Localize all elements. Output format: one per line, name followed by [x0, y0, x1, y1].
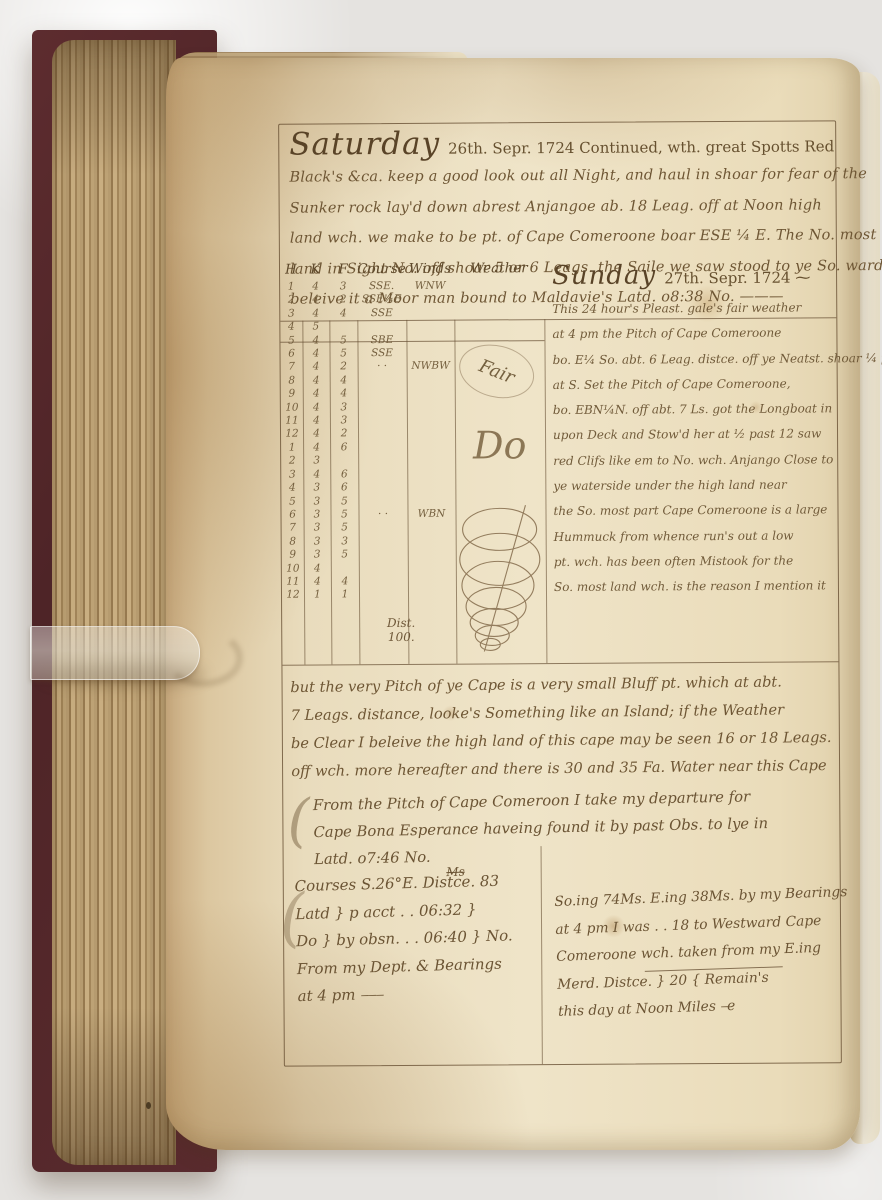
log-cell-f: 3 — [330, 414, 358, 428]
log-cell-h: 6 — [281, 508, 303, 522]
log-cell-f: 6 — [330, 481, 358, 495]
distance-note: Dist. 100. — [366, 616, 436, 644]
log-cell-course — [359, 548, 408, 562]
log-cell-course — [358, 481, 407, 495]
table-row: 23 — [281, 454, 455, 468]
log-cell-winds — [408, 575, 456, 589]
log-cell-winds — [408, 534, 456, 548]
log-cell-k: 3 — [303, 481, 330, 495]
log-cell-f: 3 — [330, 401, 358, 415]
log-cell-h: 7 — [282, 522, 304, 536]
log-cell-h: 8 — [282, 535, 304, 549]
log-cell-f — [329, 320, 357, 334]
log-cell-course — [359, 521, 408, 535]
table-row: 242SSE¼E — [280, 293, 454, 307]
log-cell-h: 3 — [280, 307, 302, 321]
log-cell-k: 4 — [302, 347, 329, 361]
table-row: 344SSE — [280, 306, 454, 320]
departure-note: ( From the Pitch of Cape Comeroon I take… — [313, 782, 835, 873]
table-bottom-line — [282, 661, 838, 665]
log-cell-f: 2 — [330, 361, 358, 375]
log-cell-course — [358, 454, 407, 468]
log-cell-k: 5 — [302, 321, 329, 335]
log-cell-f: 2 — [329, 294, 357, 308]
column-header-winds: Winds — [406, 260, 454, 276]
log-cell-k: 4 — [304, 562, 331, 576]
log-cell-winds: NWBW — [407, 360, 455, 374]
table-row: 436 — [281, 481, 455, 495]
text-line: Hummuck from whence run's out a low — [554, 523, 840, 550]
text-line: land wch. we make to be pt. of Cape Come… — [290, 220, 832, 254]
log-cell-winds — [407, 400, 455, 414]
column-header-course: Course — [357, 260, 406, 276]
log-cell-f: 5 — [329, 347, 357, 361]
log-cell-winds — [406, 293, 454, 307]
departure-text: From the Pitch of Cape Comeroon I take m… — [313, 782, 835, 873]
log-cell-course: · · — [358, 508, 407, 522]
log-cell-winds — [408, 588, 456, 602]
log-cell-k: 4 — [303, 468, 330, 482]
log-cell-course — [358, 401, 407, 415]
log-table-headers: H K F Course Winds Weather — [280, 257, 544, 280]
log-cell-winds — [407, 454, 455, 468]
log-cell-winds — [407, 481, 455, 495]
bearings-summary: So.ing 74Ms. E.ing 38Ms. by my Bearingsa… — [554, 879, 839, 1026]
sunday-title: Sunday27th. Sepr. 1724 ⁓ — [552, 259, 838, 291]
log-cell-k: 3 — [304, 549, 331, 563]
manuscript-page: Saturday26th. Sepr. 1724 Continued, wth.… — [166, 58, 860, 1150]
log-cell-course: SSE — [357, 307, 406, 321]
log-cell-course: SSE¼E — [357, 293, 406, 307]
log-cell-winds — [407, 441, 455, 455]
table-row: 833 — [282, 534, 456, 548]
log-cell-f: 3 — [331, 535, 359, 549]
log-cell-k: 4 — [302, 334, 329, 348]
sunday-entry: Sunday27th. Sepr. 1724 ⁓ This 24 hour's … — [552, 259, 840, 600]
text-line: the So. most part Cape Comeroone is a la… — [553, 498, 839, 525]
clear-strap — [30, 626, 200, 680]
log-cell-winds — [407, 373, 455, 387]
log-cell-winds — [408, 521, 456, 535]
log-cell-course: SSE. — [357, 280, 406, 294]
log-cell-f: 4 — [331, 575, 359, 589]
cape-note: but the very Pitch of ye Cape is a very … — [290, 668, 837, 786]
log-cell-f — [331, 562, 359, 576]
ink-frame: Saturday26th. Sepr. 1724 Continued, wth.… — [278, 120, 842, 1066]
log-cell-winds — [407, 467, 455, 481]
log-cell-winds — [406, 347, 454, 361]
text-line: So. most land wch. is the reason I menti… — [554, 574, 840, 601]
text-line: Sunker rock lay'd down abrest Anjangoe a… — [290, 190, 832, 224]
table-row: 944 — [281, 387, 455, 401]
log-cell-winds — [406, 306, 454, 320]
log-cell-winds — [408, 561, 456, 575]
ink-fleck — [146, 1102, 151, 1109]
log-cell-h: 7 — [281, 361, 303, 375]
log-cell-h: 6 — [280, 348, 302, 362]
sunday-text: This 24 hour's Pleast. gale's fair weath… — [552, 295, 840, 600]
log-cell-k: 3 — [304, 535, 331, 549]
table-row: 1144 — [282, 575, 456, 589]
log-cell-winds — [408, 548, 456, 562]
log-cell-winds — [407, 414, 455, 428]
table-row: 143SSE.WNW — [280, 280, 454, 294]
log-cell-course — [358, 427, 407, 441]
log-cell-k: 4 — [302, 294, 329, 308]
log-cell-h: 10 — [282, 562, 304, 576]
table-row: 844 — [281, 373, 455, 387]
log-cell-course — [358, 494, 407, 508]
log-cell-course — [358, 441, 407, 455]
courses-summary: ( Ms Courses S.26°E. Distce. 83Latd } p … — [294, 867, 544, 1011]
log-cell-k: 3 — [304, 522, 331, 536]
log-cell-h: 11 — [282, 576, 304, 590]
log-cell-course — [359, 588, 408, 602]
text-line: at 4 pm ⎯⎯⎯ — [297, 977, 544, 1011]
log-cell-k: 3 — [303, 495, 330, 509]
log-cell-f: 4 — [329, 307, 357, 321]
log-cell-winds — [407, 427, 455, 441]
log-cell-course — [357, 320, 406, 334]
log-cell-winds: WBN — [407, 508, 455, 522]
log-cell-f: 5 — [331, 522, 359, 536]
log-cell-f: 4 — [330, 387, 358, 401]
log-cell-h: 1 — [280, 281, 302, 295]
text-line: pt. wch. has been often Mistook for the — [554, 548, 840, 575]
log-cell-k: 4 — [302, 280, 329, 294]
log-cell-course — [359, 535, 408, 549]
flourish-mark: ( — [287, 786, 311, 854]
weather-fair-mark: Fair — [454, 337, 540, 405]
text-line: red Clifs like em to No. wch. Anjango Cl… — [553, 447, 839, 474]
text-line: at S. Set the Pitch of Cape Comeroone, — [553, 371, 839, 398]
log-cell-f: 6 — [330, 468, 358, 482]
log-cell-k: 4 — [303, 374, 330, 388]
text-line: ye waterside under the high land near — [553, 472, 839, 499]
distance-value: 100. — [366, 630, 436, 644]
log-cell-winds — [407, 387, 455, 401]
log-cell-h: 2 — [281, 455, 303, 469]
log-cell-k: 4 — [303, 388, 330, 402]
log-cell-k: 4 — [303, 441, 330, 455]
column-header-knots: K — [302, 261, 329, 277]
log-cell-f: 4 — [330, 374, 358, 388]
log-cell-f: 6 — [330, 441, 358, 455]
log-cell-k: 4 — [302, 307, 329, 321]
miles-superscript: Ms — [446, 865, 465, 879]
log-cell-h: 8 — [281, 374, 303, 388]
table-row: 1242 — [281, 427, 455, 441]
flourish-mark: ( — [279, 881, 306, 956]
log-cell-k: 4 — [303, 401, 330, 415]
log-cell-f: 5 — [331, 548, 359, 562]
table-row: 1043 — [281, 400, 455, 414]
log-cell-h: 12 — [282, 589, 304, 603]
log-cell-course: SSE — [357, 347, 406, 361]
page-stack-edge — [52, 40, 176, 1165]
log-cell-course: · · — [358, 360, 407, 374]
log-cell-k: 4 — [303, 361, 330, 375]
day-name: Saturday — [289, 126, 440, 163]
table-row: 735 — [282, 521, 456, 535]
log-cell-k: 3 — [303, 508, 330, 522]
courses-text: Courses S.26°E. Distce. 83Latd } p acct … — [294, 867, 544, 1011]
log-cell-f: 3 — [329, 280, 357, 294]
log-cell-h: 3 — [281, 468, 303, 482]
saturday-title: Saturday26th. Sepr. 1724 Continued, wth.… — [289, 123, 831, 162]
log-cell-h: 1 — [281, 441, 303, 455]
log-cell-h: 5 — [281, 495, 303, 509]
log-cell-h: 12 — [281, 428, 303, 442]
log-cell-course — [359, 575, 408, 589]
log-cell-winds — [406, 333, 454, 347]
log-cell-f — [330, 455, 358, 469]
text-line: off wch. more hereafter and there is 30 … — [291, 752, 837, 786]
log-cell-course — [358, 387, 407, 401]
table-row: 635· ·WBN — [281, 508, 455, 522]
table-row: 45 — [280, 320, 454, 334]
column-header-fathoms: F — [329, 261, 357, 277]
log-table-rows: 143SSE.WNW242SSE¼E344SSE45545SBE645SSE74… — [280, 280, 456, 603]
log-cell-f: 5 — [329, 334, 357, 348]
weather-ditto-mark: Do — [473, 423, 527, 467]
day-name: Sunday — [552, 260, 656, 291]
spiral-flourish-icon — [453, 501, 546, 660]
text-line: at 4 pm the Pitch of Cape Comeroone — [552, 321, 838, 348]
log-cell-course: SBE — [357, 334, 406, 348]
log-cell-course — [358, 374, 407, 388]
table-row: 742· ·NWBW — [281, 360, 455, 374]
log-cell-k: 4 — [304, 575, 331, 589]
log-cell-course — [359, 561, 408, 575]
table-row: 346 — [281, 467, 455, 481]
column-header-weather: Weather — [454, 260, 544, 277]
bearings-text: So.ing 74Ms. E.ing 38Ms. by my Bearingsa… — [554, 879, 839, 1026]
log-cell-f: 5 — [330, 508, 358, 522]
log-cell-winds: WNW — [406, 280, 454, 294]
log-cell-h: 9 — [281, 388, 303, 402]
log-cell-h: 4 — [280, 321, 302, 335]
table-row: 104 — [282, 561, 456, 575]
table-row: 1211 — [282, 588, 456, 602]
log-cell-h: 9 — [282, 549, 304, 563]
log-cell-course — [358, 414, 407, 428]
log-cell-k: 3 — [303, 455, 330, 469]
log-cell-f: 2 — [330, 428, 358, 442]
log-cell-course — [358, 468, 407, 482]
table-row: 935 — [282, 548, 456, 562]
log-cell-winds — [406, 320, 454, 334]
log-cell-k: 1 — [304, 589, 331, 603]
log-cell-h: 10 — [281, 401, 303, 415]
table-row: 645SSE — [280, 347, 454, 361]
log-cell-h: 2 — [280, 294, 302, 308]
text-line: Black's &ca. keep a good look out all Ni… — [289, 159, 831, 193]
log-cell-h: 4 — [281, 482, 303, 496]
log-cell-h: 11 — [281, 415, 303, 429]
log-cell-winds — [407, 494, 455, 508]
table-row: 146 — [281, 441, 455, 455]
table-row: 1143 — [281, 414, 455, 428]
text-line: This 24 hour's Pleast. gale's fair weath… — [552, 295, 838, 322]
log-cell-k: 4 — [303, 428, 330, 442]
text-line: upon Deck and Stow'd her at ½ past 12 sa… — [553, 422, 839, 449]
log-cell-f: 1 — [331, 589, 359, 603]
column-header-hours: H — [280, 261, 302, 277]
text-line: bo. EBN¼N. off abt. 7 Ls. got the Longbo… — [553, 396, 839, 423]
log-cell-h: 5 — [280, 334, 302, 348]
distance-label: Dist. — [366, 616, 436, 630]
table-row: 535 — [281, 494, 455, 508]
log-cell-k: 4 — [303, 414, 330, 428]
text-line: bo. E¼ So. abt. 6 Leag. distce. off ye N… — [552, 346, 838, 373]
table-row: 545SBE — [280, 333, 454, 347]
log-cell-f: 5 — [330, 495, 358, 509]
